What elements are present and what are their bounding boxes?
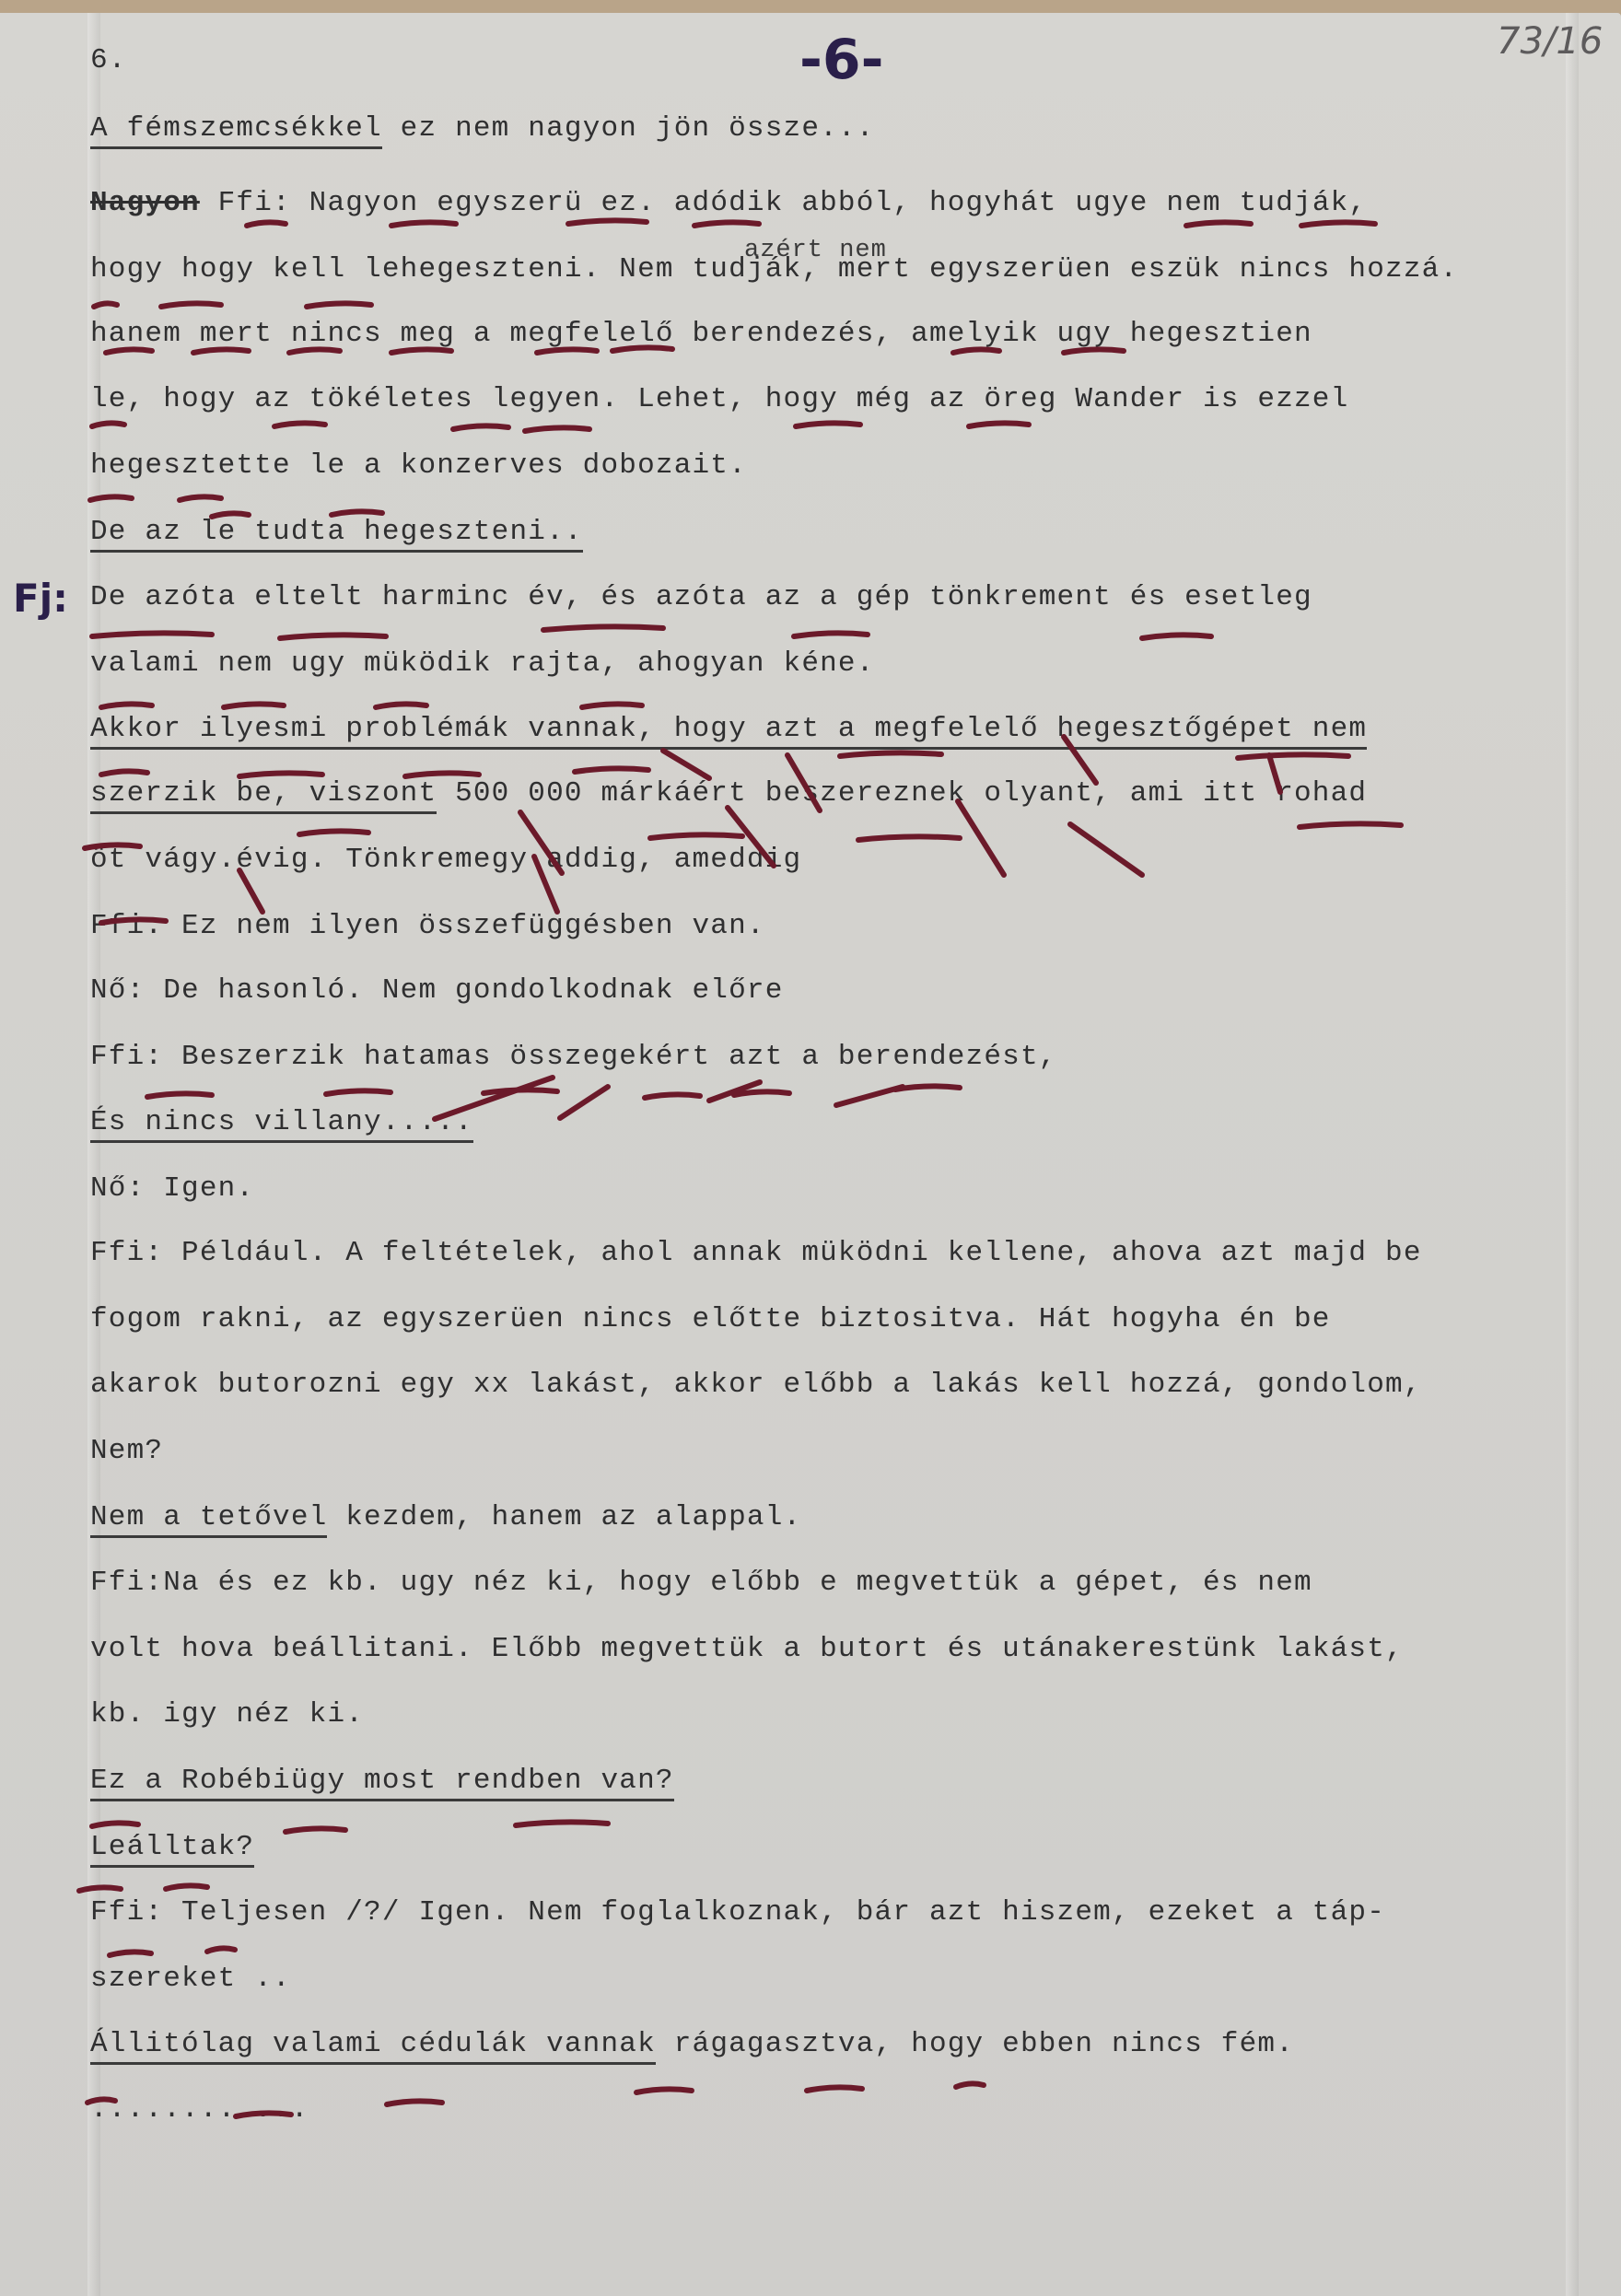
typed-page-number: 6. bbox=[90, 46, 127, 75]
transcript-line: szereket .. bbox=[90, 1964, 291, 1993]
transcript-line: Ffi: Például. A feltételek, ahol annak m… bbox=[90, 1239, 1422, 1267]
transcript-line: Nagyon Ffi: Nagyon egyszerü ez. adódik a… bbox=[90, 189, 1367, 217]
paper-fold bbox=[1566, 13, 1579, 2296]
transcript-line: hanem mert nincs meg a megfelelő berende… bbox=[90, 320, 1312, 348]
transcript-line: Leálltak? bbox=[90, 1833, 254, 1861]
transcript-line: volt hova beállitani. Előbb megvettük a … bbox=[90, 1635, 1404, 1663]
transcript-line: De az le tudta hegeszteni.. bbox=[90, 518, 583, 546]
transcript-line: Nő: De hasonló. Nem gondolkodnak előre bbox=[90, 976, 784, 1005]
transcript-line: Ffi: Ez nem ilyen összefüggésben van. bbox=[90, 912, 765, 940]
transcript-line: akarok butorozni egy xx lakást, akkor el… bbox=[90, 1370, 1422, 1399]
margin-annotation: Fj: bbox=[13, 576, 68, 621]
transcript-line: hogy hogy kell lehegeszteni. Nem tudják,… bbox=[90, 255, 1458, 284]
transcript-line: kb. igy néz ki. bbox=[90, 1700, 364, 1729]
transcript-line: Ffi:Na és ez kb. ugy néz ki, hogy előbb … bbox=[90, 1568, 1312, 1597]
transcript-line: Állitólag valami cédulák vannak rágagasz… bbox=[90, 2030, 1294, 2058]
archive-reference: 73/16 bbox=[1497, 20, 1603, 63]
transcript-line: És nincs villany..... bbox=[90, 1108, 473, 1136]
transcript-line: Ffi: Beszerzik hatamas összegekért azt a… bbox=[90, 1043, 1057, 1071]
transcript-line: Ez a Robébiügy most rendben van? bbox=[90, 1766, 674, 1795]
transcript-line: Nő: Igen. bbox=[90, 1174, 254, 1203]
transcript-line: valami nem ugy müködik rajta, ahogyan ké… bbox=[90, 649, 875, 678]
transcript-line: ............ bbox=[90, 2095, 309, 2124]
transcript-line: Nem? bbox=[90, 1437, 163, 1465]
transcript-line: Akkor ilyesmi problémák vannak, hogy azt… bbox=[90, 715, 1367, 743]
transcript-line: le, hogy az tökéletes legyen. Lehet, hog… bbox=[90, 385, 1348, 414]
transcript-line: öt vágy.évig. Tönkremegy addig, ameddig bbox=[90, 845, 801, 874]
transcript-line: hegesztette le a konzerves dobozait. bbox=[90, 451, 747, 480]
handwritten-page-number: -6- bbox=[799, 28, 884, 92]
transcript-line: fogom rakni, az egyszerüen nincs előtte … bbox=[90, 1305, 1331, 1334]
transcript-line: Nem a tetővel kezdem, hanem az alappal. bbox=[90, 1503, 801, 1532]
typewritten-page bbox=[0, 13, 1621, 2296]
paper-fold bbox=[87, 13, 100, 2296]
transcript-line: A fémszemcsékkel ez nem nagyon jön össze… bbox=[90, 114, 875, 143]
transcript-line: De azóta eltelt harminc év, és azóta az … bbox=[90, 583, 1312, 612]
transcript-line: szerzik be, viszont 500 000 márkáért bes… bbox=[90, 779, 1367, 808]
transcript-line: Ffi: Teljesen /?/ Igen. Nem foglalkoznak… bbox=[90, 1898, 1385, 1927]
